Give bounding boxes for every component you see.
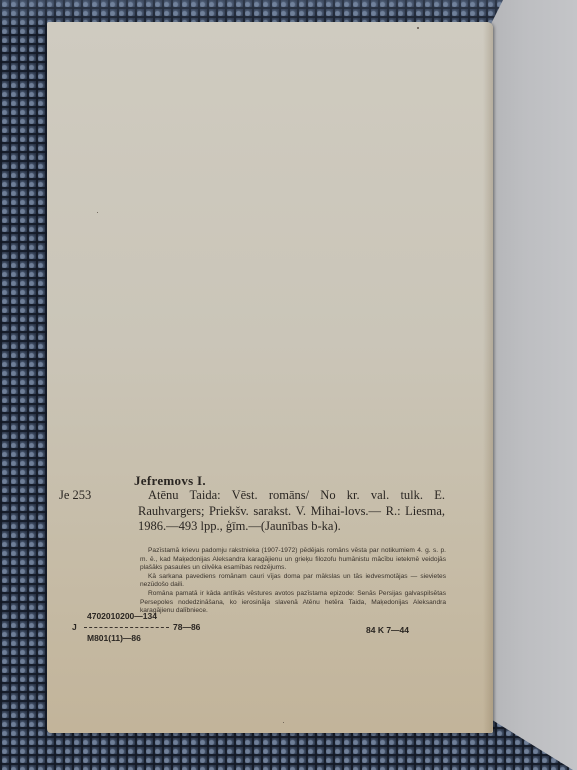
annotation-paragraph: Pazīstamā krievu padomju rakstnieka (190…: [140, 547, 446, 573]
annotation-paragraph: Kā sarkana pavediens romānam cauri vījas…: [140, 573, 446, 590]
book-annotation: Pazīstamā krievu padomju rakstnieka (190…: [140, 547, 446, 616]
isbn-code-top: 4702010200—134: [87, 611, 157, 621]
isbn-code-bottom: M801(11)—86: [87, 633, 141, 643]
book-back-page: Jefremovs I. Je 253 Atēnu Taida: Vēst. r…: [47, 22, 493, 733]
classification-code: 84 K 7—44: [366, 625, 409, 635]
library-catalog-card: Jefremovs I. Je 253 Atēnu Taida: Vēst. r…: [47, 22, 493, 733]
isbn-code-letter: J: [72, 622, 77, 632]
author-name: Jefremovs I.: [134, 473, 206, 489]
call-number: Je 253: [59, 488, 91, 503]
isbn-code-right: 78—86: [173, 622, 200, 632]
book-cover-flap: [489, 0, 577, 770]
annotation-paragraph: Romāna pamatā ir kāda antīkās vēstures a…: [140, 590, 446, 616]
isbn-fraction-line: [84, 627, 169, 628]
bibliographic-entry: Atēnu Taida: Vēst. romāns/ No kr. val. t…: [138, 488, 445, 535]
